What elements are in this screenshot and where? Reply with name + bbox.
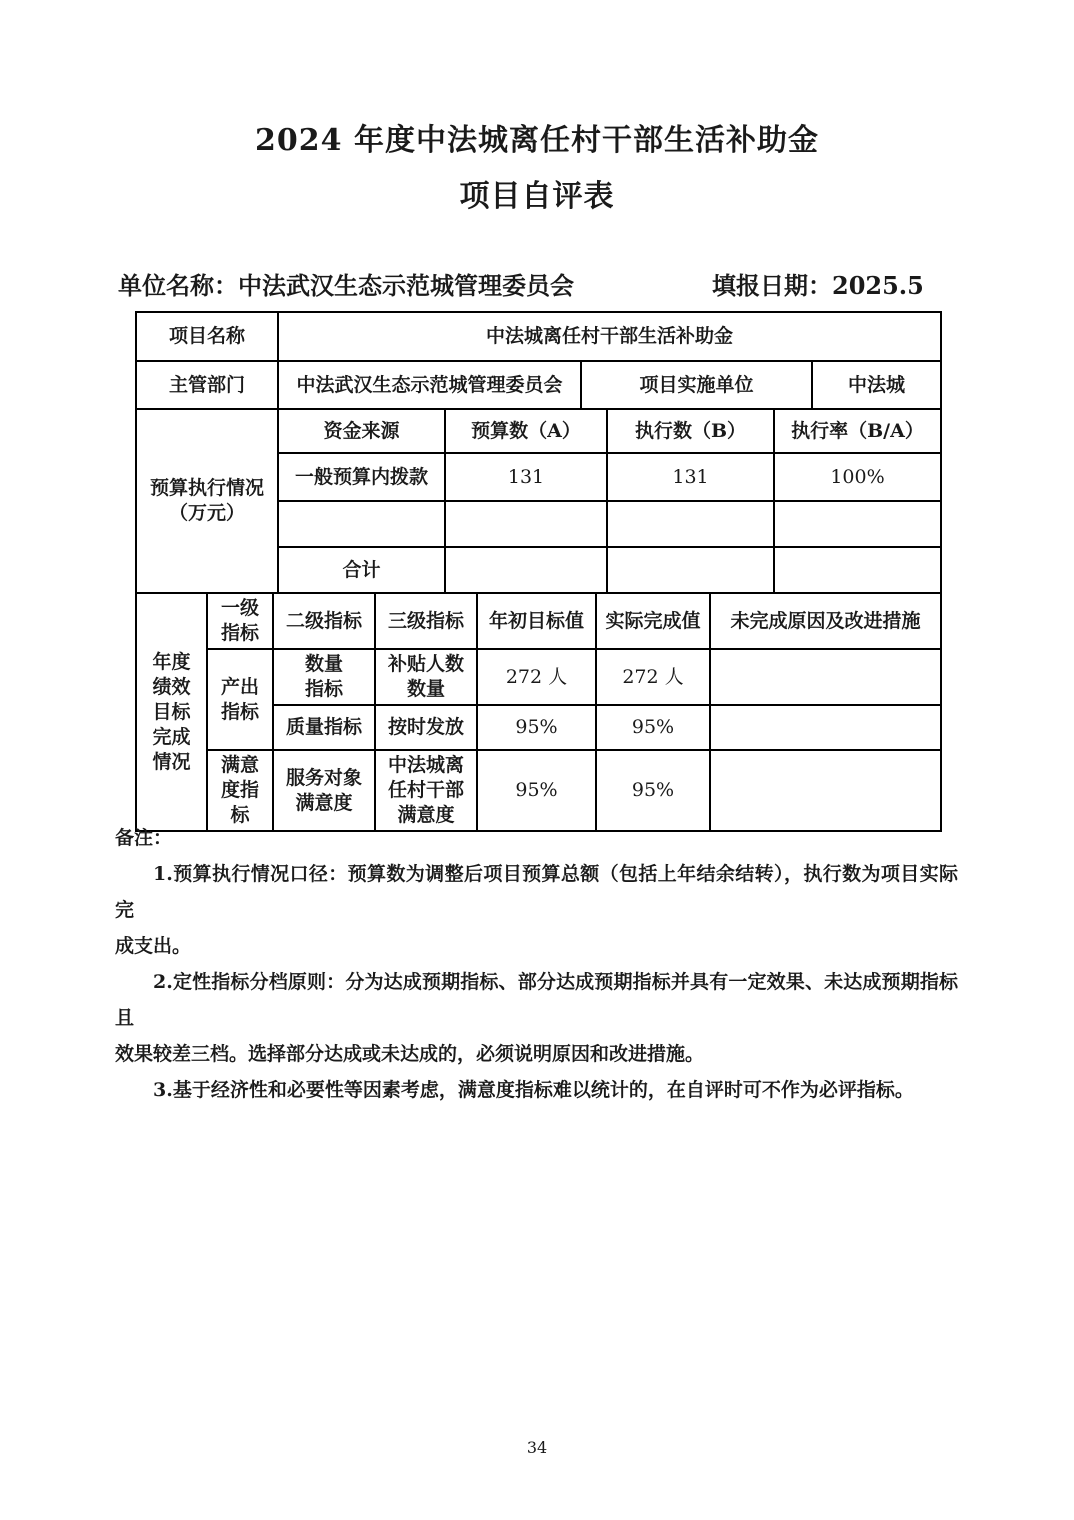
level2-indicator-header: 二级指标 xyxy=(273,593,375,649)
executed-number-cell: 131 xyxy=(607,453,774,501)
document-title-line2: 项目自评表 xyxy=(0,178,1074,216)
target-value-cell: 95% xyxy=(477,750,596,831)
note-item-2: 2.定性指标分档原则：分为达成预期指标、部分达成预期指标并具有一定效果、未达成预… xyxy=(115,964,958,1072)
budget-col-budget-header: 预算数（A） xyxy=(445,409,607,453)
department-value-cell: 中法武汉生态示范城管理委员会 xyxy=(278,361,581,409)
level1-indicator-header: 一级 指标 xyxy=(207,593,273,649)
notes-block: 备注： 1.预算执行情况口径：预算数为调整后项目预算总额（包括上年结余结转），执… xyxy=(115,820,958,1108)
table-row: 满意 度指 标 服务对象 满意度 中法城离 任村干部 满意度 95% 95% xyxy=(136,750,941,831)
document-page: 2024 年度中法城离任村干部生活补助金 项目自评表 单位名称：中法武汉生态示范… xyxy=(0,0,1074,1520)
report-date-label: 填报日期：2025.5 xyxy=(712,266,924,301)
budget-number-cell xyxy=(445,501,607,547)
budget-source-cell xyxy=(278,501,445,547)
impl-unit-label-cell: 项目实施单位 xyxy=(581,361,812,409)
table-header-section: 项目名称 中法城离任村干部生活补助金 主管部门 中法武汉生态示范城管理委员会 项… xyxy=(135,311,942,410)
target-value-cell: 272 人 xyxy=(477,649,596,705)
actual-value-cell: 272 人 xyxy=(596,649,710,705)
table-row: 产出 指标 数量 指标 补贴人数 数量 272 人 272 人 xyxy=(136,649,941,705)
reason-cell xyxy=(710,705,941,750)
actual-value-cell: 95% xyxy=(596,705,710,750)
table-row: 项目名称 中法城离任村干部生活补助金 xyxy=(136,312,941,361)
level3-indicator-header: 三级指标 xyxy=(375,593,477,649)
rate-cell xyxy=(774,501,941,547)
actual-value-cell: 95% xyxy=(596,750,710,831)
table-row: 年度 绩效 目标 完成 情况 一级 指标 二级指标 三级指标 年初目标值 实际完… xyxy=(136,593,941,649)
satisfaction-indicator-cell: 满意 度指 标 xyxy=(207,750,273,831)
budget-col-executed-header: 执行数（B） xyxy=(607,409,774,453)
budget-number-cell xyxy=(445,547,607,593)
budget-col-source-header: 资金来源 xyxy=(278,409,445,453)
table-row: 预算执行情况 （万元） 资金来源 预算数（A） 执行数（B） 执行率（B/A） xyxy=(136,409,941,453)
level3-cell: 中法城离 任村干部 满意度 xyxy=(375,750,477,831)
rate-cell: 100% xyxy=(774,453,941,501)
impl-unit-value-cell: 中法城 xyxy=(812,361,941,409)
reason-cell xyxy=(710,750,941,831)
document-title-line1: 2024 年度中法城离任村干部生活补助金 xyxy=(0,122,1074,160)
level2-cell: 质量指标 xyxy=(273,705,375,750)
self-eval-table: 项目名称 中法城离任村干部生活补助金 主管部门 中法武汉生态示范城管理委员会 项… xyxy=(135,311,942,832)
actual-value-header: 实际完成值 xyxy=(596,593,710,649)
level3-cell: 补贴人数 数量 xyxy=(375,649,477,705)
level2-cell: 服务对象 满意度 xyxy=(273,750,375,831)
performance-section-label-cell: 年度 绩效 目标 完成 情况 xyxy=(136,593,207,831)
unit-date-line: 单位名称：中法武汉生态示范城管理委员会 填报日期：2025.5 xyxy=(118,266,958,298)
budget-col-rate-header: 执行率（B/A） xyxy=(774,409,941,453)
department-label-cell: 主管部门 xyxy=(136,361,278,409)
project-name-label-cell: 项目名称 xyxy=(136,312,278,361)
budget-section: 预算执行情况 （万元） 资金来源 预算数（A） 执行数（B） 执行率（B/A） … xyxy=(135,408,942,594)
executed-number-cell xyxy=(607,547,774,593)
level3-cell: 按时发放 xyxy=(375,705,477,750)
note-item-1: 1.预算执行情况口径：预算数为调整后项目预算总额（包括上年结余结转），执行数为项… xyxy=(115,856,958,964)
target-value-cell: 95% xyxy=(477,705,596,750)
level2-cell: 数量 指标 xyxy=(273,649,375,705)
budget-total-label-cell: 合计 xyxy=(278,547,445,593)
budget-number-cell: 131 xyxy=(445,453,607,501)
budget-source-cell: 一般预算内拨款 xyxy=(278,453,445,501)
reason-header: 未完成原因及改进措施 xyxy=(710,593,941,649)
notes-label: 备注： xyxy=(115,820,958,856)
project-name-value-cell: 中法城离任村干部生活补助金 xyxy=(278,312,941,361)
executed-number-cell xyxy=(607,501,774,547)
target-value-header: 年初目标值 xyxy=(477,593,596,649)
budget-section-label-cell: 预算执行情况 （万元） xyxy=(136,409,278,593)
output-indicator-cell: 产出 指标 xyxy=(207,649,273,750)
unit-name-label: 单位名称：中法武汉生态示范城管理委员会 xyxy=(118,266,574,301)
rate-cell xyxy=(774,547,941,593)
table-row: 主管部门 中法武汉生态示范城管理委员会 项目实施单位 中法城 xyxy=(136,361,941,409)
note-item-3: 3.基于经济性和必要性等因素考虑，满意度指标难以统计的，在自评时可不作为必评指标… xyxy=(115,1072,958,1108)
page-number: 34 xyxy=(0,1438,1074,1457)
performance-section: 年度 绩效 目标 完成 情况 一级 指标 二级指标 三级指标 年初目标值 实际完… xyxy=(135,592,942,832)
reason-cell xyxy=(710,649,941,705)
